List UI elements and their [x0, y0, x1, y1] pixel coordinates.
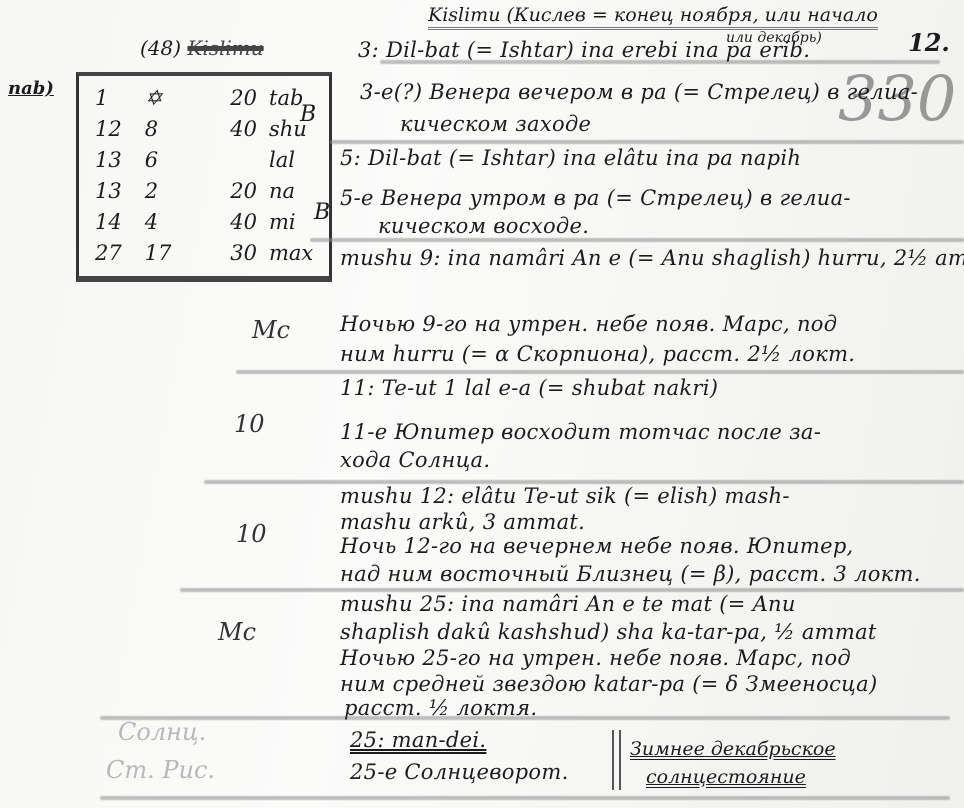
text-line: расст. ½ локтя. — [344, 696, 537, 720]
table-row: 13220na — [89, 175, 329, 206]
boxed-note-line: Зимнее декабрьское — [630, 738, 836, 760]
table-row: 1✡20tab — [89, 82, 329, 113]
text-line: 5: Dil-bat (= Ishtar) ina elâtu ina pa n… — [340, 146, 801, 170]
cell: shu — [263, 113, 329, 144]
cell: ✡ — [139, 82, 205, 113]
pencil-rule — [100, 796, 950, 800]
text-line: 25-е Солнцеворот. — [350, 760, 569, 784]
pencil-rule — [236, 370, 964, 374]
cell — [205, 144, 263, 175]
cell: 4 — [139, 206, 205, 237]
table-row: 12840shu — [89, 113, 329, 144]
text-line: 3-е(?) Венера вечером в pa (= Стрелец) в… — [360, 80, 918, 104]
margin-note: Mc — [218, 618, 256, 646]
text-line: ним hurru (= α Скорпиона), расст. 2½ лок… — [340, 342, 855, 366]
margin-note: Mc — [252, 316, 290, 344]
side-label: nab) — [8, 78, 54, 99]
cell: 14 — [89, 206, 139, 237]
text-line: кическом восходе. — [378, 214, 589, 238]
boxed-note-line: солнцестояние — [646, 766, 806, 788]
manuscript-page: Kislimu (Кислев = конец ноября, или нача… — [0, 0, 964, 808]
text-line: над ним восточный Близнец (= β), расст. … — [340, 562, 921, 586]
text-line: ним средней звездою katar-pa (= δ Змеено… — [340, 672, 877, 696]
text-line: Ночь 12-го на вечернем небе появ. Юпитер… — [340, 534, 854, 558]
box-title-number: (48) — [140, 36, 181, 60]
data-table: 1✡20tab 12840shu 136lal 13220na 14440mi … — [89, 82, 329, 268]
cell: 6 — [139, 144, 205, 175]
text-line: 3: Dil-bat (= Ishtar) ina erebi ina pa e… — [358, 38, 810, 62]
table-row: 271730max — [89, 237, 329, 268]
cell: tab — [263, 82, 329, 113]
margin-note: 10 — [236, 520, 267, 548]
faint-note: Солнц. — [118, 718, 206, 746]
text-line: mushu 9: ina namâri An e (= Anu shaglish… — [340, 246, 964, 270]
double-divider — [612, 730, 621, 790]
cell: 20 — [205, 82, 263, 113]
cell: 20 — [205, 175, 263, 206]
text-line: кическом заходе — [400, 112, 591, 136]
table-row: 136lal — [89, 144, 329, 175]
text-line: 11: Te-ut 1 lal e-a (= shubat nakri) — [340, 376, 718, 400]
pencil-rule — [330, 140, 964, 144]
data-table-box: 1✡20tab 12840shu 136lal 13220na 14440mi … — [76, 72, 332, 282]
text-line: 11-е Юпитер восходит тотчас после за- — [340, 420, 821, 444]
cell: 40 — [205, 206, 263, 237]
cell: 8 — [139, 113, 205, 144]
text-line: mashu arkû, 3 ammat. — [340, 510, 585, 534]
page-header-title: Kislimu (Кислев = конец ноября, или нача… — [428, 4, 878, 30]
cell: 17 — [139, 237, 205, 268]
text-line: mushu 12: elâtu Te-ut sik (= elish) mash… — [340, 484, 790, 508]
margin-mark-b: B — [300, 102, 316, 127]
text-line: 5-е Венера утром в pa (= Стрелец) в гели… — [340, 186, 851, 210]
cell: lal — [263, 144, 329, 175]
cell: 12 — [89, 113, 139, 144]
cell: 13 — [89, 175, 139, 206]
cell: 30 — [205, 237, 263, 268]
faint-note: Ст. Рис. — [106, 756, 215, 784]
text-line: 25: man-dei. — [350, 728, 486, 752]
cell: 27 — [89, 237, 139, 268]
margin-note: 10 — [234, 410, 265, 438]
text-line: Ночью 25-го на утрен. небе появ. Марс, п… — [340, 646, 851, 670]
table-row: 14440mi — [89, 206, 329, 237]
page-number: 12. — [908, 28, 950, 57]
text-line: shaplish dakû kashshud) sha ka-tar-pa, ½… — [340, 620, 877, 644]
margin-mark-b: B — [314, 200, 330, 225]
pencil-rule — [310, 238, 964, 242]
cell: 2 — [139, 175, 205, 206]
cell: 40 — [205, 113, 263, 144]
cell: 1 — [89, 82, 139, 113]
box-title-struck: Kislimu — [187, 36, 263, 60]
cell: 13 — [89, 144, 139, 175]
box-title: (48) Kislimu — [140, 36, 264, 60]
text-line: хода Солнца. — [340, 448, 490, 472]
text-line: mushu 25: ina namâri An e te mat (= Anu — [340, 592, 796, 616]
text-line: Ночью 9-го на утрен. небе появ. Марс, по… — [340, 312, 837, 336]
